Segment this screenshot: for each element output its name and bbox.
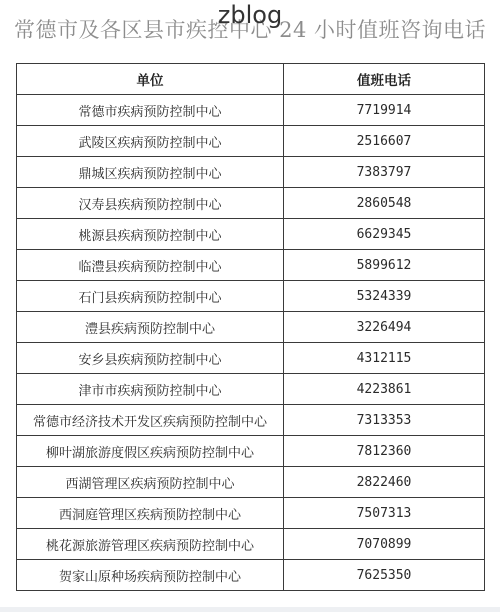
unit-cell: 鼎城区疾病预防控制中心 [17, 157, 284, 188]
unit-cell: 安乡县疾病预防控制中心 [17, 343, 284, 374]
duty-phone-table: 单位 值班电话 常德市疾病预防控制中心7719914 武陵区疾病预防控制中心25… [16, 63, 485, 591]
phone-cell: 7812360 [284, 436, 485, 467]
table-row: 鼎城区疾病预防控制中心7383797 [17, 157, 485, 188]
table-row: 常德市经济技术开发区疾病预防控制中心7313353 [17, 405, 485, 436]
phone-cell: 7625350 [284, 560, 485, 591]
table-row: 桃花源旅游管理区疾病预防控制中心7070899 [17, 529, 485, 560]
bottom-divider-band [0, 607, 500, 612]
phone-cell: 7070899 [284, 529, 485, 560]
column-header-phone: 值班电话 [284, 64, 485, 95]
phone-cell: 7719914 [284, 95, 485, 126]
watermark: zblog [0, 0, 500, 30]
table-row: 安乡县疾病预防控制中心4312115 [17, 343, 485, 374]
phone-cell: 2860548 [284, 188, 485, 219]
unit-cell: 常德市经济技术开发区疾病预防控制中心 [17, 405, 284, 436]
table-row: 津市市疾病预防控制中心4223861 [17, 374, 485, 405]
unit-cell: 澧县疾病预防控制中心 [17, 312, 284, 343]
table-row: 柳叶湖旅游度假区疾病预防控制中心7812360 [17, 436, 485, 467]
unit-cell: 西湖管理区疾病预防控制中心 [17, 467, 284, 498]
unit-cell: 贺家山原种场疾病预防控制中心 [17, 560, 284, 591]
phone-cell: 7507313 [284, 498, 485, 529]
phone-cell: 5899612 [284, 250, 485, 281]
table-row: 桃源县疾病预防控制中心6629345 [17, 219, 485, 250]
table-row: 贺家山原种场疾病预防控制中心7625350 [17, 560, 485, 591]
unit-cell: 汉寿县疾病预防控制中心 [17, 188, 284, 219]
table-row: 澧县疾病预防控制中心3226494 [17, 312, 485, 343]
unit-cell: 桃花源旅游管理区疾病预防控制中心 [17, 529, 284, 560]
unit-cell: 桃源县疾病预防控制中心 [17, 219, 284, 250]
phone-cell: 6629345 [284, 219, 485, 250]
phone-cell: 2516607 [284, 126, 485, 157]
phone-cell: 4312115 [284, 343, 485, 374]
unit-cell: 津市市疾病预防控制中心 [17, 374, 284, 405]
phone-cell: 2822460 [284, 467, 485, 498]
unit-cell: 西洞庭管理区疾病预防控制中心 [17, 498, 284, 529]
unit-cell: 武陵区疾病预防控制中心 [17, 126, 284, 157]
unit-cell: 临澧县疾病预防控制中心 [17, 250, 284, 281]
phone-cell: 7383797 [284, 157, 485, 188]
table-row: 西洞庭管理区疾病预防控制中心7507313 [17, 498, 485, 529]
table-row: 临澧县疾病预防控制中心5899612 [17, 250, 485, 281]
unit-cell: 常德市疾病预防控制中心 [17, 95, 284, 126]
table-row: 常德市疾病预防控制中心7719914 [17, 95, 485, 126]
table-row: 汉寿县疾病预防控制中心2860548 [17, 188, 485, 219]
phone-cell: 5324339 [284, 281, 485, 312]
table-row: 西湖管理区疾病预防控制中心2822460 [17, 467, 485, 498]
phone-cell: 7313353 [284, 405, 485, 436]
column-header-unit: 单位 [17, 64, 284, 95]
table-row: 武陵区疾病预防控制中心2516607 [17, 126, 485, 157]
unit-cell: 柳叶湖旅游度假区疾病预防控制中心 [17, 436, 284, 467]
unit-cell: 石门县疾病预防控制中心 [17, 281, 284, 312]
phone-cell: 4223861 [284, 374, 485, 405]
table-header-row: 单位 值班电话 [17, 64, 485, 95]
table-row: 石门县疾病预防控制中心5324339 [17, 281, 485, 312]
phone-cell: 3226494 [284, 312, 485, 343]
